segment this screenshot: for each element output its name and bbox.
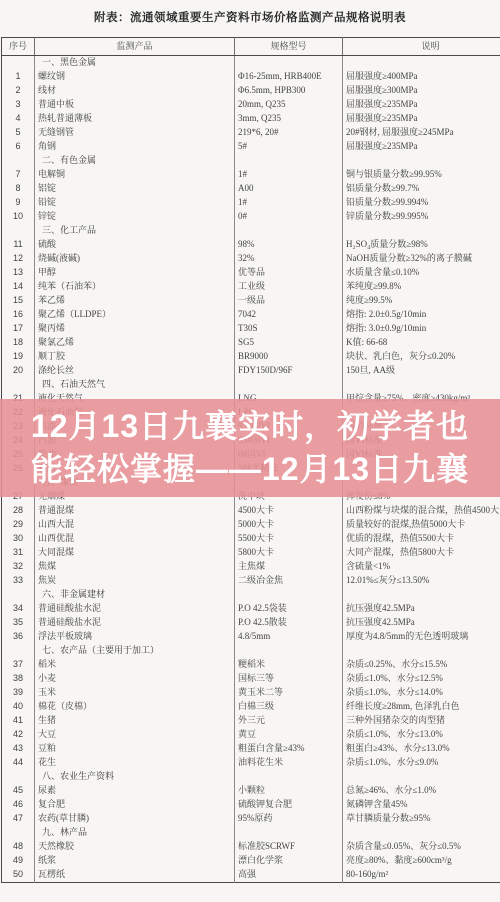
product-cell: 玉米 xyxy=(35,686,235,700)
product-cell: 铅锭 xyxy=(35,196,235,210)
row-number: 34 xyxy=(2,602,35,616)
row-number: 46 xyxy=(2,798,35,812)
section-row: 二、有色金属 xyxy=(2,154,500,168)
section-label: 八、农业生产资料 xyxy=(35,770,235,784)
spec-cell: 0# xyxy=(235,210,343,224)
row-number: 38 xyxy=(2,672,35,686)
section-row: 三、化工产品 xyxy=(2,224,500,238)
row-number: 16 xyxy=(2,308,35,322)
spec-cell: 3mm, Q235 xyxy=(235,112,343,126)
product-cell: 焦煤 xyxy=(35,560,235,574)
spec-cell: 32% xyxy=(235,252,343,266)
desc-cell: 杂质≤1.0%、水分≤12.5% xyxy=(343,672,500,686)
table-row: 14纯苯（石油苯）工业级苯纯度≥99.8% xyxy=(2,280,500,294)
table-row: 13甲醇优等品水质量含量≤0.10% xyxy=(2,266,500,280)
row-number: 37 xyxy=(2,658,35,672)
table-row: 19顺丁胶BR9000块状、乳白色，灰分≤0.20% xyxy=(2,350,500,364)
promo-overlay-banner: 12月13日九襄实时，初学者也 能轻松掌握——12月13日九襄 xyxy=(0,399,500,497)
spec-cell: 7042 xyxy=(235,308,343,322)
row-number: 43 xyxy=(2,742,35,756)
product-cell: 大同混煤 xyxy=(35,546,235,560)
table-row: 37稻米粳稻米杂质≤0.25%、水分≤15.5% xyxy=(2,658,500,672)
table-header: 序号 监测产品 规格型号 说明 xyxy=(2,38,500,56)
row-number: 7 xyxy=(2,168,35,182)
section-label: 七、农产品（主要用于加工） xyxy=(35,644,235,658)
desc-cell: 铝质量分数≥99.7% xyxy=(343,182,500,196)
row-number: 9 xyxy=(2,196,35,210)
spec-cell: 优等品 xyxy=(235,266,343,280)
table-row: 18聚氯乙烯SG5K值: 66-68 xyxy=(2,336,500,350)
section-label: 三、化工产品 xyxy=(35,224,235,238)
table-row: 46复合肥硫酸钾复合肥氮磷钾含量45% xyxy=(2,798,500,812)
desc-cell: 杂质≤1.0%、水分≤14.0% xyxy=(343,686,500,700)
row-number: 1 xyxy=(2,70,35,84)
desc-cell: 屈服强度≥300MPa xyxy=(343,84,500,98)
desc-cell: 纤维长度≥28mm, 色泽乳白色 xyxy=(343,700,500,714)
product-cell: 纸浆 xyxy=(35,854,235,868)
table-row: 16聚乙烯（LLDPE）7042熔指: 2.0±0.5g/10min xyxy=(2,308,500,322)
spec-cell: 5800大卡 xyxy=(235,546,343,560)
table-row: 11硫酸98%H₂SO₄质量分数≥98% xyxy=(2,238,500,252)
product-cell: 甲醇 xyxy=(35,266,235,280)
product-cell: 花生 xyxy=(35,756,235,770)
table-row: 41生猪外三元三种外国猪杂交的肉型猪 xyxy=(2,714,500,728)
spec-cell: 粗蛋白含量≥43% xyxy=(235,742,343,756)
header-col-spec: 规格型号 xyxy=(235,38,343,56)
page-title: 附表：流通领域重要生产资料市场价格监测产品规格说明表 xyxy=(0,0,500,25)
desc-cell: 杂质≤1.0%、水分≤13.0% xyxy=(343,728,500,742)
spec-cell: 高强 xyxy=(235,868,343,883)
spec-cell: 小颗粒 xyxy=(235,784,343,798)
product-cell: 山西大混 xyxy=(35,518,235,532)
table-row: 38小麦国标三等杂质≤1.0%、水分≤12.5% xyxy=(2,672,500,686)
product-cell: 浮法平板玻璃 xyxy=(35,630,235,644)
overlay-text-line1: 12月13日九襄实时，初学者也 xyxy=(31,405,469,448)
desc-cell: 屈服强度≥235MPa xyxy=(343,112,500,126)
section-row: 六、非金属建材 xyxy=(2,588,500,602)
spec-cell: A00 xyxy=(235,182,343,196)
product-cell: 纯苯（石油苯） xyxy=(35,280,235,294)
row-number: 47 xyxy=(2,812,35,826)
header-col-desc: 说明 xyxy=(343,38,500,56)
spec-cell: 5# xyxy=(235,140,343,154)
table-row: 17聚丙烯T30S熔指: 3.0±0.9g/10min xyxy=(2,322,500,336)
desc-cell: 总氮≥46%、水分≤1.0% xyxy=(343,784,500,798)
table-row: 42大豆黄豆杂质≤1.0%、水分≤13.0% xyxy=(2,728,500,742)
spec-cell: 一级品 xyxy=(235,294,343,308)
row-number: 4 xyxy=(2,112,35,126)
desc-cell: 抗压强度42.5MPa xyxy=(343,616,500,630)
spec-cell: BR9000 xyxy=(235,350,343,364)
product-cell: 天然橡胶 xyxy=(35,840,235,854)
row-number: 5 xyxy=(2,126,35,140)
table-row: 32焦煤主焦煤含硫量<1% xyxy=(2,560,500,574)
desc-cell: 150旦, AA级 xyxy=(343,364,500,378)
spec-cell: 标准胶SCRWF xyxy=(235,840,343,854)
product-cell: 普通硅酸盐水泥 xyxy=(35,602,235,616)
table-row: 33焦炭二级冶金焦12.01%≤灰分≤13.50% xyxy=(2,574,500,588)
section-label: 九、林产品 xyxy=(35,826,235,840)
product-cell: 小麦 xyxy=(35,672,235,686)
desc-cell: 块状、乳白色，灰分≤0.20% xyxy=(343,350,500,364)
product-cell: 聚乙烯（LLDPE） xyxy=(35,308,235,322)
row-number: 15 xyxy=(2,294,35,308)
desc-cell: 大同产混煤，热值5800大卡 xyxy=(343,546,500,560)
product-cell: 角钢 xyxy=(35,140,235,154)
row-number: 28 xyxy=(2,504,35,518)
table-row: 1螺纹钢Φ16-25mm, HRB400E屈服强度≥400MPa xyxy=(2,70,500,84)
spec-cell: 4500大卡 xyxy=(235,504,343,518)
table-row: 40棉花（皮棉）白棉三级纤维长度≥28mm, 色泽乳白色 xyxy=(2,700,500,714)
section-label: 六、非金属建材 xyxy=(35,588,235,602)
product-cell: 涤纶长丝 xyxy=(35,364,235,378)
table-row: 48天然橡胶标准胶SCRWF杂质含量≤0.05%、灰分≤0.5% xyxy=(2,840,500,854)
section-row: 七、农产品（主要用于加工） xyxy=(2,644,500,658)
spec-cell: 98% xyxy=(235,238,343,252)
spec-cell: 油料花生米 xyxy=(235,756,343,770)
row-number: 20 xyxy=(2,364,35,378)
row-number: 45 xyxy=(2,784,35,798)
row-number: 3 xyxy=(2,98,35,112)
desc-cell: 抗压强度42.5MPa xyxy=(343,602,500,616)
spec-cell: 二级冶金焦 xyxy=(235,574,343,588)
spec-cell: 粳稻米 xyxy=(235,658,343,672)
row-number: 44 xyxy=(2,756,35,770)
table-row: 30山西优混5500大卡优质的混煤，热值5500大卡 xyxy=(2,532,500,546)
table-row: 2线材Φ6.5mm, HPB300屈服强度≥300MPa xyxy=(2,84,500,98)
desc-cell: 铜与银质量分数≥99.95% xyxy=(343,168,500,182)
spec-cell: 219*6, 20# xyxy=(235,126,343,140)
document-page: 附表：流通领域重要生产资料市场价格监测产品规格说明表 序号 监测产品 规格型号 … xyxy=(0,0,500,902)
table-row: 12烧碱(液碱)32%NaOH质量分数≥32%的离子膜碱 xyxy=(2,252,500,266)
spec-cell: 国标三等 xyxy=(235,672,343,686)
table-row: 6角钢5#屈服强度≥235MPa xyxy=(2,140,500,154)
spec-cell: P.O 42.5袋装 xyxy=(235,602,343,616)
section-row: 四、石油天然气 xyxy=(2,378,500,392)
desc-cell: 亮度≥80%、黏度≥600cm³/g xyxy=(343,854,500,868)
product-cell: 聚丙烯 xyxy=(35,322,235,336)
row-number: 6 xyxy=(2,140,35,154)
row-number: 33 xyxy=(2,574,35,588)
desc-cell: NaOH质量分数≥32%的离子膜碱 xyxy=(343,252,500,266)
spec-cell: 主焦煤 xyxy=(235,560,343,574)
product-cell: 热轧普通薄板 xyxy=(35,112,235,126)
row-number: 11 xyxy=(2,238,35,252)
product-cell: 棉花（皮棉） xyxy=(35,700,235,714)
header-col-product: 监测产品 xyxy=(35,38,235,56)
spec-cell: 4.8/5mm xyxy=(235,630,343,644)
row-number: 39 xyxy=(2,686,35,700)
desc-cell: 粗蛋白≥43%、水分≤13.0% xyxy=(343,742,500,756)
spec-cell: Φ16-25mm, HRB400E xyxy=(235,70,343,84)
desc-cell: 12.01%≤灰分≤13.50% xyxy=(343,574,500,588)
row-number: 41 xyxy=(2,714,35,728)
row-number: 17 xyxy=(2,322,35,336)
product-cell: 无缝钢管 xyxy=(35,126,235,140)
product-cell: 普通混煤 xyxy=(35,504,235,518)
row-number: 35 xyxy=(2,616,35,630)
desc-cell: 屈服强度≥400MPa xyxy=(343,70,500,84)
product-cell: 山西优混 xyxy=(35,532,235,546)
table-row: 8铝锭A00铝质量分数≥99.7% xyxy=(2,182,500,196)
spec-cell: SG5 xyxy=(235,336,343,350)
product-cell: 顺丁胶 xyxy=(35,350,235,364)
product-cell: 生猪 xyxy=(35,714,235,728)
row-number: 49 xyxy=(2,854,35,868)
row-number: 8 xyxy=(2,182,35,196)
table-row: 50瓦楞纸高强80-160g/m² xyxy=(2,868,500,883)
section-label: 一、黑色金属 xyxy=(35,56,235,71)
desc-cell: 锌质量分数≥99.995% xyxy=(343,210,500,224)
table-row: 9铅锭1#铅质量分数≥99.994% xyxy=(2,196,500,210)
table-row: 44花生油料花生米杂质≤1.0%、水分≤9.0% xyxy=(2,756,500,770)
spec-cell: 1# xyxy=(235,196,343,210)
desc-cell: 氮磷钾含量45% xyxy=(343,798,500,812)
product-cell: 农药(草甘膦) xyxy=(35,812,235,826)
section-label: 二、有色金属 xyxy=(35,154,235,168)
row-number: 14 xyxy=(2,280,35,294)
table-row: 15苯乙烯一级品纯度≥99.5% xyxy=(2,294,500,308)
table-row: 47农药(草甘膦)95%原药草甘膦质量分数≥95% xyxy=(2,812,500,826)
product-cell: 苯乙烯 xyxy=(35,294,235,308)
desc-cell: 优质的混煤，热值5500大卡 xyxy=(343,532,500,546)
table-row: 36浮法平板玻璃4.8/5mm厚度为4.8/5mm的无色透明玻璃 xyxy=(2,630,500,644)
table-row: 3普通中板20mm, Q235屈服强度≥235MPa xyxy=(2,98,500,112)
product-cell: 线材 xyxy=(35,84,235,98)
desc-cell: 熔指: 2.0±0.5g/10min xyxy=(343,308,500,322)
desc-cell: H₂SO₄质量分数≥98% xyxy=(343,238,500,252)
table-row: 45尿素小颗粒总氮≥46%、水分≤1.0% xyxy=(2,784,500,798)
section-label: 四、石油天然气 xyxy=(35,378,235,392)
row-number: 2 xyxy=(2,84,35,98)
spec-cell: 外三元 xyxy=(235,714,343,728)
row-number: 40 xyxy=(2,700,35,714)
product-cell: 普通中板 xyxy=(35,98,235,112)
overlay-text-line2: 能轻松掌握——12月13日九襄 xyxy=(31,448,469,491)
table-row: 39玉米黄玉米二等杂质≤1.0%、水分≤14.0% xyxy=(2,686,500,700)
desc-cell: 杂质含量≤0.05%、灰分≤0.5% xyxy=(343,840,500,854)
spec-cell: 黄玉米二等 xyxy=(235,686,343,700)
product-cell: 尿素 xyxy=(35,784,235,798)
desc-cell: 屈服强度≥235MPa xyxy=(343,98,500,112)
desc-cell: 杂质≤0.25%、水分≤15.5% xyxy=(343,658,500,672)
row-number: 30 xyxy=(2,532,35,546)
table-row: 49纸浆漂白化学浆亮度≥80%、黏度≥600cm³/g xyxy=(2,854,500,868)
product-cell: 电解铜 xyxy=(35,168,235,182)
product-cell: 豆粕 xyxy=(35,742,235,756)
row-number: 36 xyxy=(2,630,35,644)
desc-cell: K值: 66-68 xyxy=(343,336,500,350)
desc-cell: 厚度为4.8/5mm的无色透明玻璃 xyxy=(343,630,500,644)
section-row: 一、黑色金属 xyxy=(2,56,500,71)
row-number: 48 xyxy=(2,840,35,854)
product-cell: 锌锭 xyxy=(35,210,235,224)
row-number: 18 xyxy=(2,336,35,350)
header-col-no: 序号 xyxy=(2,38,35,56)
product-cell: 普通硅酸盐水泥 xyxy=(35,616,235,630)
desc-cell: 苯纯度≥99.8% xyxy=(343,280,500,294)
spec-cell: T30S xyxy=(235,322,343,336)
spec-cell: 5500大卡 xyxy=(235,532,343,546)
table-row: 43豆粕粗蛋白含量≥43%粗蛋白≥43%、水分≤13.0% xyxy=(2,742,500,756)
row-number: 29 xyxy=(2,518,35,532)
row-number: 32 xyxy=(2,560,35,574)
row-number: 50 xyxy=(2,868,35,883)
table-row: 20涤纶长丝FDY150D/96F150旦, AA级 xyxy=(2,364,500,378)
spec-cell: FDY150D/96F xyxy=(235,364,343,378)
desc-cell: 熔指: 3.0±0.9g/10min xyxy=(343,322,500,336)
desc-cell: 屈服强度≥235MPa xyxy=(343,140,500,154)
product-cell: 铝锭 xyxy=(35,182,235,196)
product-cell: 复合肥 xyxy=(35,798,235,812)
desc-cell: 山西粉煤与块煤的混合煤，热值4500大卡 xyxy=(343,504,500,518)
spec-cell: 1# xyxy=(235,168,343,182)
spec-cell: 硫酸钾复合肥 xyxy=(235,798,343,812)
row-number: 12 xyxy=(2,252,35,266)
spec-cell: 95%原药 xyxy=(235,812,343,826)
table-row: 28普通混煤4500大卡山西粉煤与块煤的混合煤，热值4500大卡 xyxy=(2,504,500,518)
header-row: 序号 监测产品 规格型号 说明 xyxy=(2,38,500,56)
desc-cell: 质量较好的混煤,热值5000大卡 xyxy=(343,518,500,532)
row-number: 13 xyxy=(2,266,35,280)
row-number: 19 xyxy=(2,350,35,364)
spec-cell: P.O 42.5散装 xyxy=(235,616,343,630)
product-cell: 聚氯乙烯 xyxy=(35,336,235,350)
spec-cell: 黄豆 xyxy=(235,728,343,742)
section-row: 九、林产品 xyxy=(2,826,500,840)
spec-cell: 漂白化学浆 xyxy=(235,854,343,868)
spec-cell: 工业级 xyxy=(235,280,343,294)
spec-cell: Φ6.5mm, HPB300 xyxy=(235,84,343,98)
desc-cell: 水质量含量≤0.10% xyxy=(343,266,500,280)
desc-cell: 三种外国猪杂交的肉型猪 xyxy=(343,714,500,728)
spec-cell: 20mm, Q235 xyxy=(235,98,343,112)
table-row: 4热轧普通薄板3mm, Q235屈服强度≥235MPa xyxy=(2,112,500,126)
product-cell: 烧碱(液碱) xyxy=(35,252,235,266)
table-row: 29山西大混5000大卡质量较好的混煤,热值5000大卡 xyxy=(2,518,500,532)
product-cell: 焦炭 xyxy=(35,574,235,588)
desc-cell: 20#钢材, 屈服强度≥245MPa xyxy=(343,126,500,140)
row-number: 10 xyxy=(2,210,35,224)
spec-cell: 5000大卡 xyxy=(235,518,343,532)
product-cell: 瓦楞纸 xyxy=(35,868,235,883)
table-row: 34普通硅酸盐水泥P.O 42.5袋装抗压强度42.5MPa xyxy=(2,602,500,616)
desc-cell: 80-160g/m² xyxy=(343,868,500,883)
row-number: 31 xyxy=(2,546,35,560)
product-cell: 稻米 xyxy=(35,658,235,672)
product-cell: 大豆 xyxy=(35,728,235,742)
product-cell: 硫酸 xyxy=(35,238,235,252)
table-row: 7电解铜1#铜与银质量分数≥99.95% xyxy=(2,168,500,182)
table-row: 31大同混煤5800大卡大同产混煤，热值5800大卡 xyxy=(2,546,500,560)
table-row: 5无缝钢管219*6, 20#20#钢材, 屈服强度≥245MPa xyxy=(2,126,500,140)
desc-cell: 铅质量分数≥99.994% xyxy=(343,196,500,210)
table-row: 35普通硅酸盐水泥P.O 42.5散装抗压强度42.5MPa xyxy=(2,616,500,630)
row-number: 42 xyxy=(2,728,35,742)
product-cell: 螺纹钢 xyxy=(35,70,235,84)
desc-cell: 含硫量<1% xyxy=(343,560,500,574)
table-row: 10锌锭0#锌质量分数≥99.995% xyxy=(2,210,500,224)
desc-cell: 草甘膦质量分数≥95% xyxy=(343,812,500,826)
desc-cell: 纯度≥99.5% xyxy=(343,294,500,308)
spec-cell: 白棉三级 xyxy=(235,700,343,714)
section-row: 八、农业生产资料 xyxy=(2,770,500,784)
desc-cell: 杂质≤1.0%、水分≤9.0% xyxy=(343,756,500,770)
